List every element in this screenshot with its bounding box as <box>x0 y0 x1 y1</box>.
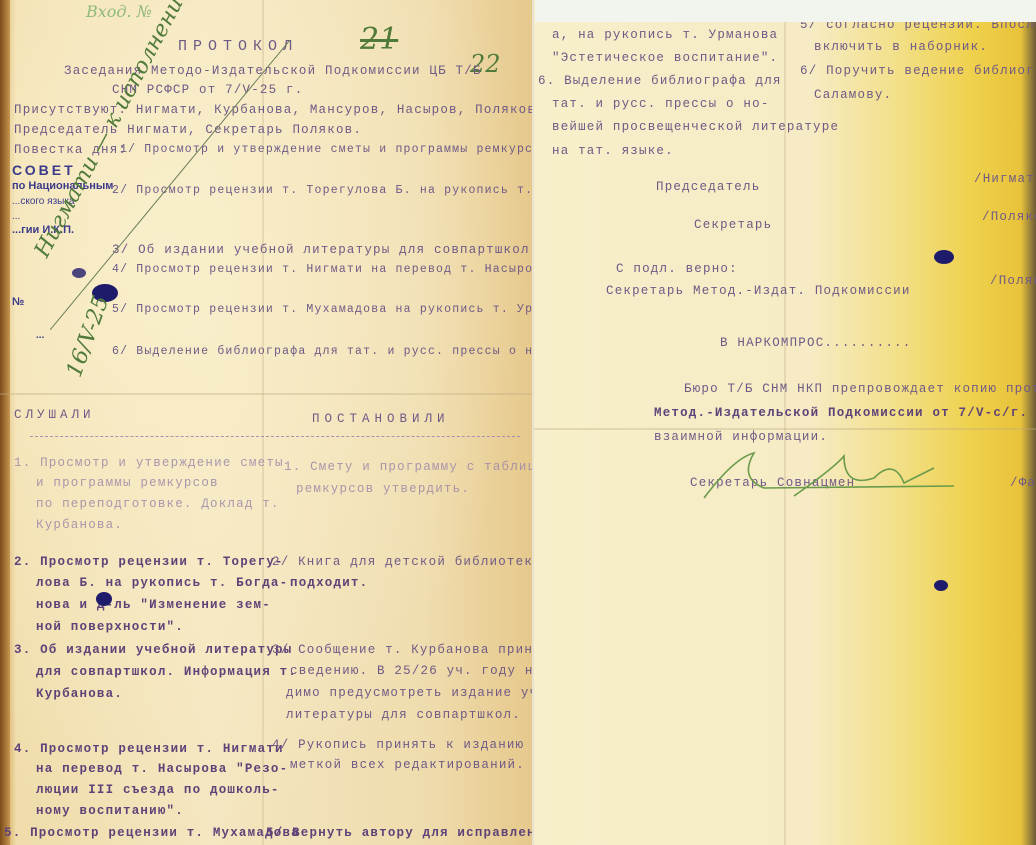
handwritten-signature <box>694 448 994 508</box>
resolved-header: ПОСТАНОВИЛИ <box>312 412 450 426</box>
scan-background <box>535 0 1036 22</box>
diagonal-pencil-line <box>50 40 310 330</box>
cover-signature-name: /Фа... <box>1010 476 1036 490</box>
certified-copy-label: С подл. верно: <box>616 262 738 276</box>
ink-blot <box>934 580 948 591</box>
right-page: а, на рукопись т. Урманова "Эстетическое… <box>534 0 1036 845</box>
left-page: Вход. № 21 22 ПРОТОКОЛ Заседания Методо-… <box>0 0 532 845</box>
certified-name: /Поляков/ <box>990 274 1036 288</box>
folio-number-struck: 21 <box>360 22 398 57</box>
ink-blot <box>934 250 954 264</box>
certified-by: Секретарь Метод.-Издат. Подкомиссии <box>606 284 911 298</box>
agenda-item: 6/ Выделение библиографа для тат. и русс… <box>112 345 532 358</box>
ink-blot <box>96 592 112 606</box>
heard-header: СЛУШАЛИ <box>14 408 95 422</box>
handwritten-top-note: Вход. № <box>86 2 152 21</box>
header-divider <box>30 436 520 437</box>
fold-crease <box>0 393 532 395</box>
addressee: В НАРКОМПРОС.......... <box>720 336 911 350</box>
